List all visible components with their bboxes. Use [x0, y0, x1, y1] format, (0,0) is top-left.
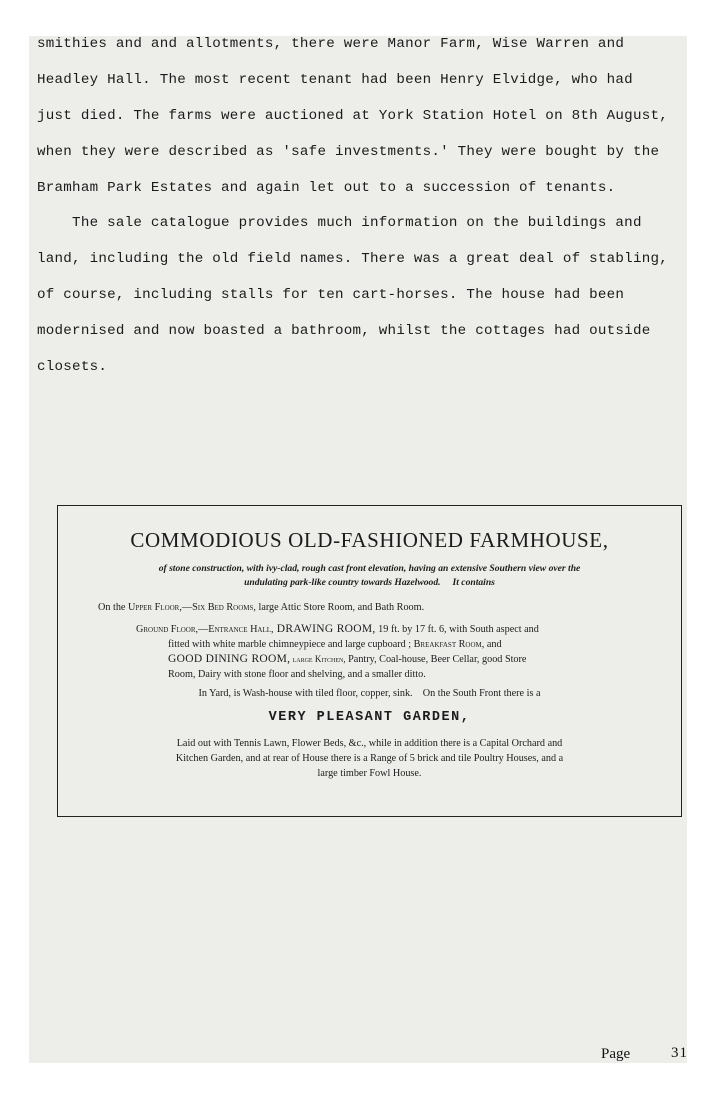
text: Upper Floor, — [128, 602, 182, 613]
page-label: Page — [601, 1046, 630, 1063]
intro-line: undulating park-like country towards Haz… — [88, 576, 651, 590]
ground-floor-line: Ground Floor,—Entrance Hall, DRAWING ROO… — [136, 622, 636, 637]
ground-floor-line: Room, Dairy with stone floor and shelvin… — [136, 667, 636, 682]
text: GOOD DINING ROOM, — [168, 653, 290, 665]
catalogue-title: COMMODIOUS OLD-FASHIONED FARMHOUSE, — [58, 528, 681, 553]
text-line: smithies and and allotments, there were … — [37, 36, 624, 52]
ground-floor-line: fitted with white marble chimneypiece an… — [136, 637, 636, 652]
text: 19 ft. by 17 ft. 6, with South aspect an… — [376, 624, 539, 635]
text: Ground Floor, — [136, 624, 198, 635]
text: Entrance Hall, — [208, 624, 273, 635]
text-line: when they were described as 'safe invest… — [37, 144, 659, 160]
page-number: 31 — [671, 1045, 688, 1062]
text: DRAWING ROOM, — [274, 623, 376, 635]
text: and — [484, 639, 501, 650]
text-line: Headley Hall. The most recent tenant had… — [37, 72, 633, 88]
text-line: The sale catalogue provides much informa… — [37, 215, 642, 231]
text: Breakfast Room, — [414, 639, 485, 650]
upper-floor-description: On the Upper Floor,—Six Bed Rooms, large… — [98, 600, 424, 615]
catalogue-intro: of stone construction, with ivy-clad, ro… — [88, 562, 651, 590]
garden-description: Laid out with Tennis Lawn, Flower Beds, … — [78, 736, 661, 781]
sale-catalogue-extract: COMMODIOUS OLD-FASHIONED FARMHOUSE, of s… — [57, 505, 682, 817]
ground-floor-description: Ground Floor,—Entrance Hall, DRAWING ROO… — [136, 622, 636, 682]
text: — — [182, 602, 192, 613]
text: Pantry, Coal-house, Beer Cellar, good St… — [346, 654, 527, 665]
text-line: of course, including stalls for ten cart… — [37, 287, 624, 303]
intro-line: of stone construction, with ivy-clad, ro… — [88, 562, 651, 576]
text-line: land, including the old field names. The… — [37, 251, 668, 267]
ground-floor-line: GOOD DINING ROOM, large Kitchen, Pantry,… — [136, 652, 636, 667]
text-line: closets. — [37, 359, 107, 375]
text: large Attic Store Room, and Bath Room. — [256, 602, 424, 613]
text: — — [198, 624, 208, 635]
text: Six Bed Rooms, — [192, 602, 256, 613]
text: On the — [98, 602, 128, 613]
garden-line: Kitchen Garden, and at rear of House the… — [78, 751, 661, 766]
garden-line: Laid out with Tennis Lawn, Flower Beds, … — [78, 736, 661, 751]
text-line: just died. The farms were auctioned at Y… — [37, 108, 668, 124]
text: large Kitchen, — [290, 654, 345, 664]
garden-heading: VERY PLEASANT GARDEN, — [58, 710, 681, 725]
garden-line: large timber Fowl House. — [78, 766, 661, 781]
yard-description: In Yard, is Wash-house with tiled floor,… — [58, 686, 681, 701]
text-line: Bramham Park Estates and again let out t… — [37, 180, 615, 196]
text-line: modernised and now boasted a bathroom, w… — [37, 323, 650, 339]
text: fitted with white marble chimneypiece an… — [168, 639, 414, 650]
